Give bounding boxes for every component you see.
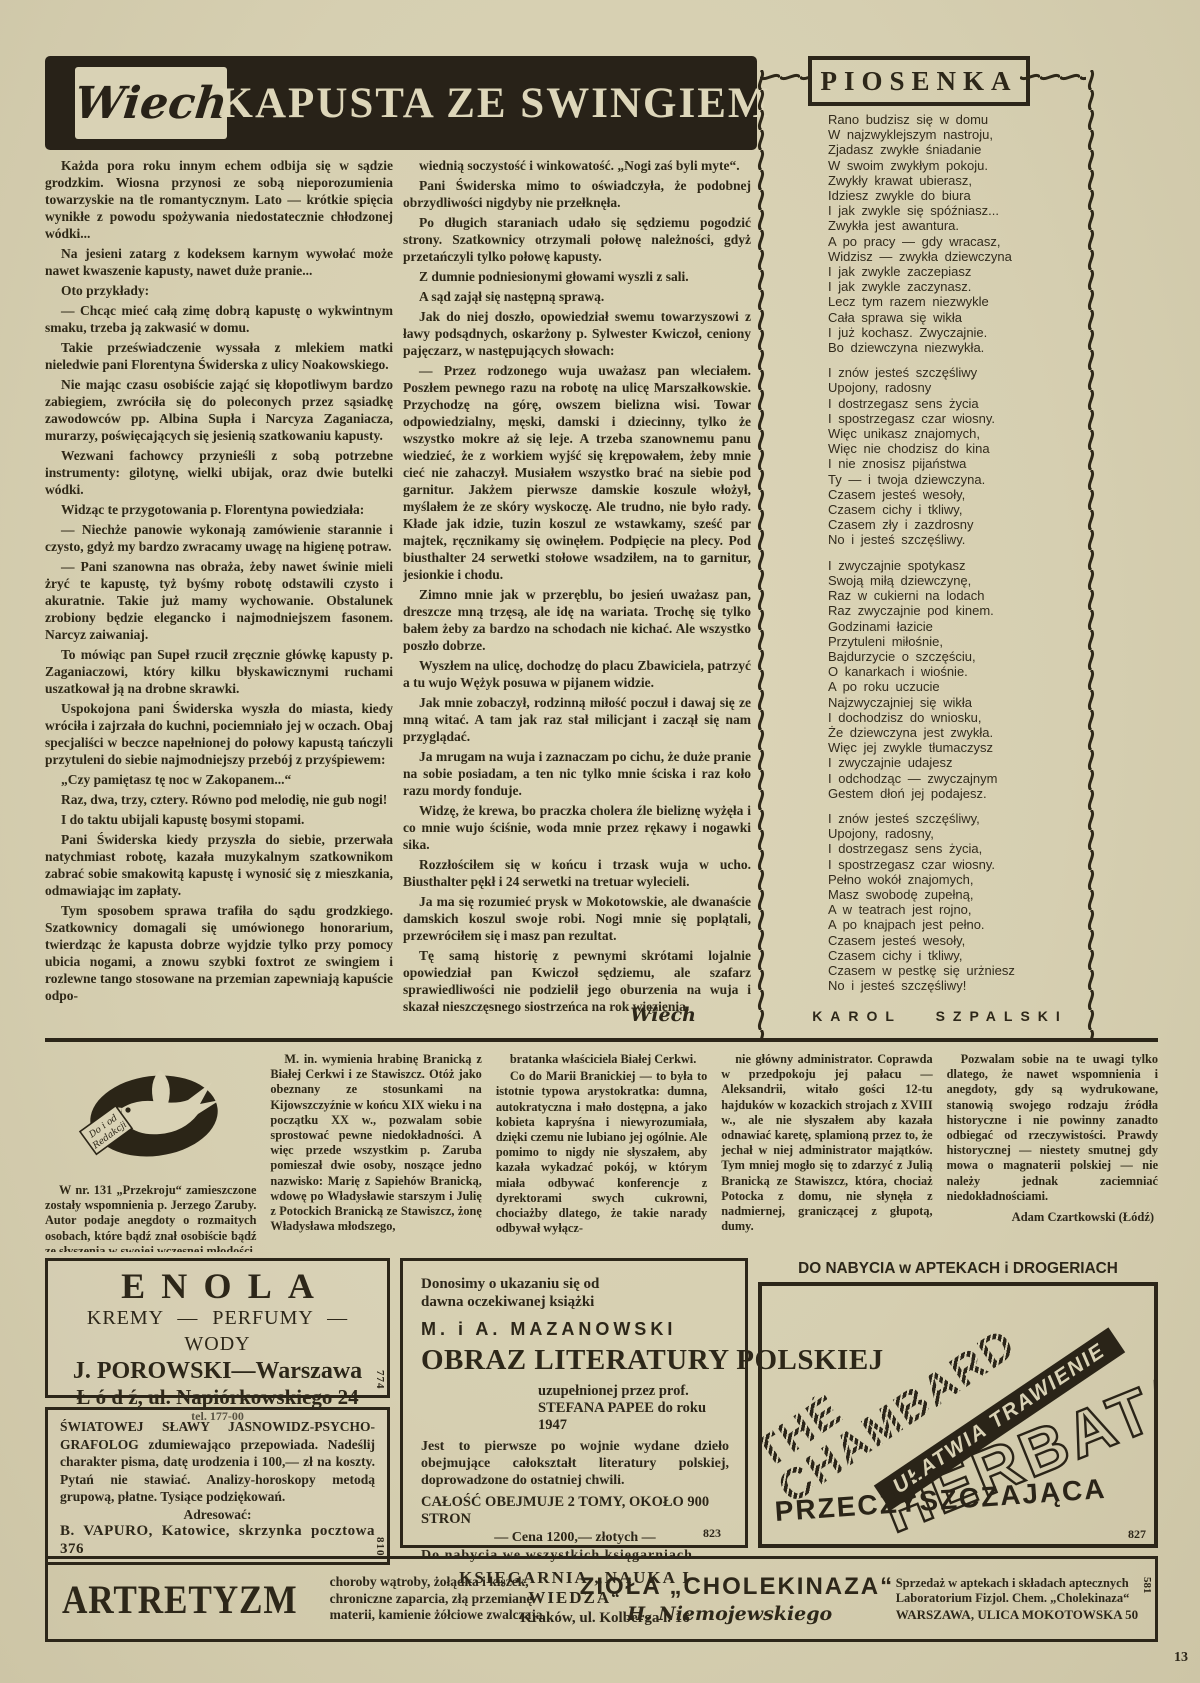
ad-enola-owner: J. POROWSKI—Warszawa [48, 1357, 387, 1385]
ad-vapuro: ŚWIATOWEJ SŁAWY JASNOWIDZ-PSYCHO-GRAFOLO… [45, 1407, 390, 1565]
article-paragraph: Wezwani fachowcy przynieśli z sobą potrz… [45, 447, 393, 498]
poem-line: Czasem w pestkę się urżniesz [828, 963, 1074, 978]
wavy-border-top-right [1020, 70, 1086, 84]
poem-line: Zwykły krawat ubierasz, [828, 173, 1074, 188]
poem-line: Przytuleni miłośnie, [828, 634, 1074, 649]
ad-book-intro1: Donosimy o ukazaniu się od [421, 1275, 729, 1293]
ad-strip-seller-line1: Sprzedaż w aptekach i składach aptecznyc… [896, 1576, 1141, 1592]
ad-herbata-availability: DO NABYCIA w APTEKACH i DROGERIACH [766, 1260, 1150, 1278]
dove-illustration: Do i od Redakcji [45, 1056, 256, 1177]
article-paragraph: Ja ma się rozumieć prysk w Mokotowskie, … [403, 893, 751, 944]
ad-vapuro-line2: Adresować: [60, 1506, 375, 1524]
letter-signature: Adam Czartkowski (Łódź) [947, 1210, 1158, 1225]
ad-enola-brand: ENOLA [64, 1267, 387, 1305]
poem-line: Bajdurzycie o szczęściu, [828, 649, 1074, 664]
poem-line: A po pracy — gdy wracasz, [828, 234, 1074, 249]
ad-book-volumes: CAŁOŚĆ OBEJMUJE 2 TOMY, OKOŁO 900 STRON [421, 1494, 729, 1528]
ad-vapuro-line3: B. VAPURO, Katowice, skrzynka pocztowa 3… [60, 1523, 375, 1558]
poem-line: Czasem cichy i tkliwy, [828, 948, 1074, 963]
poem-line: I dostrzegasz sens życia, [828, 841, 1074, 856]
ad-herbata: THÉ CHAMBARD UŁATWIA TRAWIENIE HERBATA P… [758, 1282, 1158, 1548]
byline-wiech: Wiech [72, 78, 230, 129]
advertisements-row: ENOLA KREMY — PERFUMY — WODY J. POROWSKI… [45, 1258, 1158, 1548]
poem-line: No i jesteś szczęśliwy! [828, 978, 1074, 993]
ad-strip-indications: choroby wątroby, żołądka i kiszek, chron… [330, 1574, 564, 1624]
poem-line: Że dziewczyna jest zwykła. [828, 725, 1074, 740]
article-paragraph: I do taktu ubijali kapustę bosymi stopam… [45, 811, 393, 828]
ad-book-intro2: dawna oczekiwanej książki [421, 1293, 729, 1311]
poem-line: Czasem jesteś wesoły, [828, 933, 1074, 948]
article-paragraph: Nie mając czasu osobiście zająć się kłop… [45, 376, 393, 444]
letters-column-1: Do i od Redakcji W nr. 131 „Przekroju“ z… [45, 1052, 256, 1252]
article-paragraph: Jak do niej doszło, opowiedział swemu to… [403, 308, 751, 359]
poem-line: I dostrzegasz sens życia [828, 396, 1074, 411]
letters-column-2: M. in. wymienia hrabinę Branicką z Białe… [270, 1052, 481, 1252]
poem-line: A w teatrach jest rojno, [828, 902, 1074, 917]
letter-paragraph: W nr. 131 „Przekroju“ zamieszczone zosta… [45, 1183, 256, 1252]
article-paragraph: Oto przykłady: [45, 282, 393, 299]
poem-line: Zjadasz zwykłe śniadanie [828, 142, 1074, 157]
ad-book-price: — Cena 1200,— złotych — [421, 1530, 729, 1546]
article-paragraph: Raz, dwa, trzy, cztery. Równo pod melodi… [45, 791, 393, 808]
ad-strip-ind-line3: materii, kamienie żółciowe zwalczają [330, 1607, 564, 1624]
poem-line: A po knajpach jest pełno. [828, 917, 1074, 932]
ad-book-body: Jest to pierwsze po wojnie wydane dzieło… [421, 1438, 729, 1489]
ad-vapuro-ref: 810 [374, 1537, 386, 1557]
article-signature-row: Wiech [403, 1000, 751, 1026]
poem-line: Swoją miłą dziewczynę, [828, 573, 1074, 588]
byline-box: Wiech [75, 67, 227, 139]
letters-column-5: Pozwalam sobie na te uwagi tylko dlatego… [947, 1052, 1158, 1252]
page-number: 13 [1174, 1650, 1188, 1666]
poem-stanza: Rano budzisz się w domuW najzwyklejszym … [828, 112, 1074, 355]
poem-line: Więc unikasz znajomych, [828, 426, 1074, 441]
poem-stanza: I znów jesteś szczęśliwy,Upojony, radosn… [828, 811, 1074, 993]
article-paragraph: „Czy pamiętasz tę noc w Zakopanem...“ [45, 771, 393, 788]
article-paragraph: Każda pora roku innym echem odbija się w… [45, 157, 393, 242]
ad-enola-address: Ł ó d ź, ul. Napiórkowskiego 24 [48, 1385, 387, 1409]
article-paragraph: Widzę, że krewa, bo praczka cholera źle … [403, 802, 751, 853]
poem-line: Pełno wokół znajomych, [828, 872, 1074, 887]
poem-line: Idziesz zwykle do biura [828, 188, 1074, 203]
newspaper-page: Wiech KAPUSTA ZE SWINGIEM PIOSENKA Każda… [0, 0, 1200, 1683]
ad-enola-ref: 774 [374, 1370, 386, 1390]
poem-line: W najzwyklejszym nastroju, [828, 127, 1074, 142]
ad-strip-brand: ARTRETYZM [62, 1576, 298, 1623]
article-paragraph: — Niechże panowie wykonają zamówienie st… [45, 521, 393, 555]
poem-line: I spostrzegasz czar wiosny. [828, 857, 1074, 872]
poem-title: PIOSENKA [820, 66, 1017, 97]
poem-body: Rano budzisz się w domuW najzwyklejszym … [828, 112, 1074, 1003]
poem-line: O kanarkach i wiośnie. [828, 664, 1074, 679]
poem-line: Bo dziewczyna niezwykła. [828, 340, 1074, 355]
article-paragraph: Widząc te przygotowania p. Florentyna po… [45, 501, 393, 518]
ad-herbata-ref: 827 [1128, 1527, 1146, 1542]
poem-line: A po roku uczucie [828, 679, 1074, 694]
poem-line: I nie znosisz pijaństwa [828, 456, 1074, 471]
ad-strip-ind-line1: choroby wątroby, żołądka i kiszek, [330, 1574, 564, 1591]
letter-paragraph: bratanka właściciela Białej Cerkwi. [496, 1052, 707, 1067]
letters-column-3: bratanka właściciela Białej Cerkwi.Co do… [496, 1052, 707, 1252]
article-paragraph: Z dumnie podniesionymi głowami wyszli z … [403, 268, 751, 285]
poem-stanza: I zwyczajnie spotykaszSwoją miłą dziewcz… [828, 558, 1074, 801]
poem-line: Cała sprawa się wikła [828, 310, 1074, 325]
ad-strip-ref: 581 [1141, 1577, 1153, 1594]
poem-author: KAROL SZPALSKI [780, 1008, 1100, 1024]
ad-book-title: OBRAZ LITERATURY POLSKIEJ [421, 1344, 729, 1377]
poem-line: I spostrzegasz czar wiosny. [828, 411, 1074, 426]
ad-strip-seller-block: Sprzedaż w aptekach i składach aptecznyc… [896, 1576, 1141, 1623]
article-column-2: wiednią soczystość i winkowatość. „Nogi … [403, 157, 751, 1039]
article-paragraph: Takie przeświadczenie wyssała z mlekiem … [45, 339, 393, 373]
poem-line: I jak zwykle się spóźniasz... [828, 203, 1074, 218]
poem-stanza: I znów jesteś szczęśliwyUpojony, radosny… [828, 365, 1074, 547]
poem-line: I odchodząc — zwyczajnym [828, 771, 1074, 786]
article-paragraph: Jak mnie zobaczył, rodzinną miłość poczu… [403, 694, 751, 745]
ads-right-column: DO NABYCIA w APTEKACH i DROGERIACH THÉ C… [758, 1258, 1158, 1548]
poem-line: I jak zwykle zaczynasz. [828, 279, 1074, 294]
poem-line: I zwyczajnie udajesz [828, 755, 1074, 770]
poem-line: I dochodzisz do wniosku, [828, 710, 1074, 725]
poem-line: Upojony, radosny, [828, 826, 1074, 841]
ad-enola: ENOLA KREMY — PERFUMY — WODY J. POROWSKI… [45, 1258, 390, 1398]
poem-line: Najzwyczajniej się wikła [828, 695, 1074, 710]
ads-middle-column: Donosimy o ukazaniu się od dawna oczekiw… [400, 1258, 748, 1548]
article-paragraph: Uspokojona pani Świderska wyszła do mias… [45, 700, 393, 768]
ad-enola-products: KREMY — PERFUMY — WODY [48, 1305, 387, 1357]
poem-line: I już kochasz. Zwyczajnie. [828, 325, 1074, 340]
ad-strip-product-block: ZIOŁA „CHOLEKINAZA“ H. Niemojewskiego [580, 1573, 880, 1625]
poem-line: Lecz tym razem niezwykle [828, 294, 1074, 309]
poem-line: Czasem jesteś wesoły, [828, 487, 1074, 502]
article-paragraph: A sąd zajął się następną sprawą. [403, 288, 751, 305]
ad-cholekinaza-strip: ARTRETYZM choroby wątroby, żołądka i kis… [45, 1556, 1158, 1642]
poem-line: W swoim zwykłym pokoju. [828, 158, 1074, 173]
ad-book: Donosimy o ukazaniu się od dawna oczekiw… [400, 1258, 748, 1548]
article-paragraph: Ja mrugam na wuja i zaznaczam po cichu, … [403, 748, 751, 799]
dove-icon: Do i od Redakcji [62, 1056, 240, 1172]
article-paragraph: — Pani szanowna nas obraża, żeby nawet ś… [45, 558, 393, 643]
section-divider-rule [45, 1038, 1158, 1042]
letters-col5-text: Pozwalam sobie na te uwagi tylko dlatego… [947, 1052, 1158, 1204]
article-paragraph: Wyszłem na ulicę, dochodzę do placu Zbaw… [403, 657, 751, 691]
ad-strip-product: ZIOŁA „CHOLEKINAZA“ [580, 1573, 880, 1601]
article-header-banner: Wiech KAPUSTA ZE SWINGIEM [45, 56, 757, 150]
article-paragraph: Po długich staraniach udało się sędziemu… [403, 214, 751, 265]
ad-book-subtitle: uzupełnionej przez prof. STEFANA PAPEE d… [538, 1383, 723, 1434]
article-signature: Wiech [403, 1004, 751, 1026]
article-paragraph: Tym sposobem sprawa trafiła do sądu grod… [45, 902, 393, 1004]
article-paragraph: wiednią soczystość i winkowatość. „Nogi … [403, 157, 751, 174]
poem-line: I znów jesteś szczęśliwy, [828, 811, 1074, 826]
letters-col1-text: W nr. 131 „Przekroju“ zamieszczone zosta… [45, 1183, 256, 1252]
poem-line: I znów jesteś szczęśliwy [828, 365, 1074, 380]
ad-book-ref: 823 [703, 1526, 721, 1541]
article-paragraph: Pani Świderska mimo to oświadczyła, że p… [403, 177, 751, 211]
article-paragraph: — Chcąc mieć całą zimę dobrą kapustę o w… [45, 302, 393, 336]
poem-line: I jak zwykle zaczepiasz [828, 264, 1074, 279]
poem-line: Raz w cukierni na lodach [828, 588, 1074, 603]
poem-line: Widzisz — zwykła dziewczyna [828, 249, 1074, 264]
wavy-border-top-left [760, 70, 810, 84]
poem-title-box: PIOSENKA [808, 56, 1030, 106]
poem-line: No i jesteś szczęśliwy. [828, 532, 1074, 547]
letters-column-4: nie główny administrator. Coprawda w prz… [721, 1052, 932, 1252]
poem-line: Raz zwyczajnie pod kinem. [828, 603, 1074, 618]
ad-strip-seller-line3: WARSZAWA, ULICA MOKOTOWSKA 50 [896, 1607, 1141, 1623]
article-paragraph: To mówiąc pan Supeł rzucił zręcznie głów… [45, 646, 393, 697]
article-paragraph: Rozzłościłem się w końcu i trzask wuja w… [403, 856, 751, 890]
poem-line: Masz swobodę zupełną, [828, 887, 1074, 902]
poem-line: Zwykła jest awantura. [828, 218, 1074, 233]
ad-strip-ind-line2: chroniczne zaparcia, złą przemianę [330, 1591, 564, 1608]
poem-line: Ty — i twoja dziewczyna. [828, 472, 1074, 487]
poem-line: Czasem cichy i tkliwy, [828, 502, 1074, 517]
poem-line: Godzinami łazicie [828, 619, 1074, 634]
letter-paragraph: Co do Marii Branickiej — to była to isto… [496, 1069, 707, 1236]
poem-line: Gestem dłoń jej podajesz. [828, 786, 1074, 801]
poem-line: Więc nie chodzisz do kina [828, 441, 1074, 456]
article-title: KAPUSTA ZE SWINGIEM [245, 56, 745, 150]
article-paragraph: Pani Świderska kiedy przyszła do siebie,… [45, 831, 393, 899]
wavy-border-right [1084, 70, 1098, 1038]
ad-vapuro-body: ŚWIATOWEJ SŁAWY JASNOWIDZ-PSYCHO-GRAFOLO… [60, 1418, 375, 1506]
letter-paragraph: M. in. wymienia hrabinę Branicką z Białe… [270, 1052, 481, 1234]
letter-paragraph: nie główny administrator. Coprawda w prz… [721, 1052, 932, 1234]
letter-paragraph: Pozwalam sobie na te uwagi tylko dlatego… [947, 1052, 1158, 1204]
ad-book-authors: M. i A. MAZANOWSKI [421, 1319, 729, 1340]
ads-left-column: ENOLA KREMY — PERFUMY — WODY J. POROWSKI… [45, 1258, 390, 1548]
poem-line: Rano budzisz się w domu [828, 112, 1074, 127]
article-paragraph: Zimno mnie jak w przeręblu, bo jesień uw… [403, 586, 751, 654]
poem-line: Czasem zły i zazdrosny [828, 517, 1074, 532]
article-paragraph: Na jesieni zatarg z kodeksem karnym wywo… [45, 245, 393, 279]
poem-line: Więc jej zwykle tłumaczysz [828, 740, 1074, 755]
article-paragraph: — Przez rodzonego wuja uważasz pan wleci… [403, 362, 751, 583]
ad-strip-seller-line2: Laboratorium Fizjol. Chem. „Cholekinaza“ [896, 1591, 1141, 1607]
article-column-1: Każda pora roku innym echem odbija się w… [45, 157, 393, 1039]
letters-section: Do i od Redakcji W nr. 131 „Przekroju“ z… [45, 1052, 1158, 1252]
wavy-border-left [754, 70, 768, 1038]
ad-strip-maker: H. Niemojewskiego [580, 1603, 880, 1625]
poem-line: Upojony, radosny [828, 380, 1074, 395]
poem-line: I zwyczajnie spotykasz [828, 558, 1074, 573]
